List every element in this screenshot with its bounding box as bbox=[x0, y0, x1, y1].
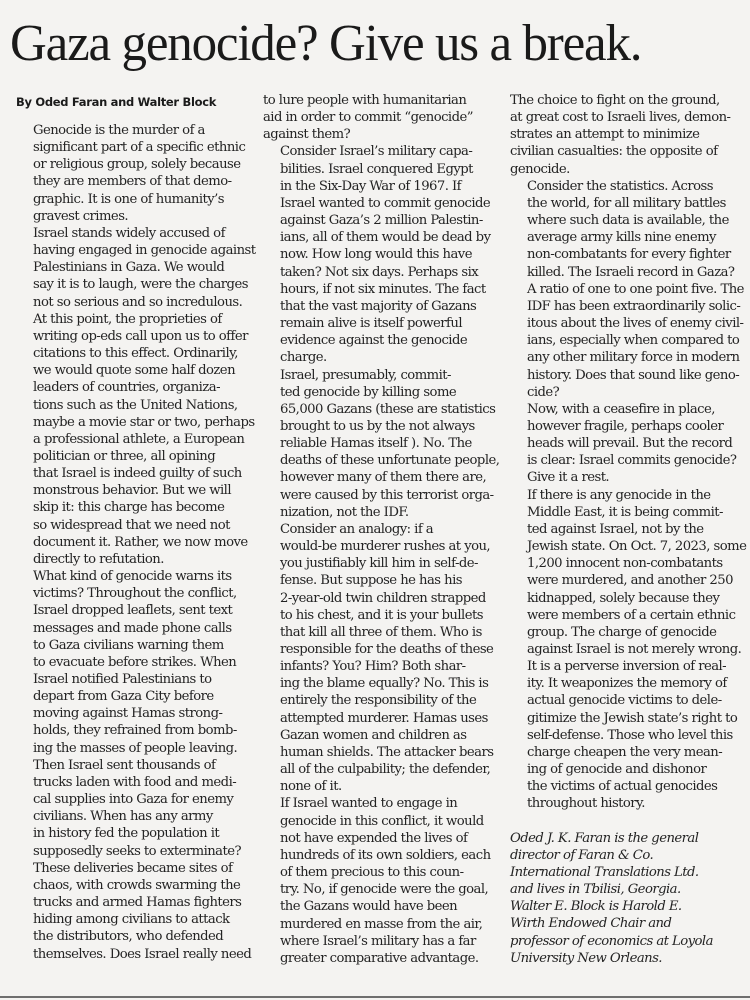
text-line: remain alive is itself powerful bbox=[263, 315, 503, 332]
bio-line: Walter E. Block is Harold E. bbox=[510, 898, 748, 915]
text-line: they are members of that demo- bbox=[16, 173, 256, 190]
text-line: The choice to fight on the ground, bbox=[510, 92, 748, 109]
text-line: ted against Israel, not by the bbox=[510, 521, 748, 538]
text-line: that the vast majority of Gazans bbox=[263, 298, 503, 315]
text-line: not have expended the lives of bbox=[263, 830, 503, 847]
text-line: at great cost to Israeli lives, demon- bbox=[510, 109, 748, 126]
text-line: genocide in this conflict, it would bbox=[263, 813, 503, 830]
text-line: If Israel wanted to engage in bbox=[263, 795, 503, 812]
text-line: Then Israel sent thousands of bbox=[16, 757, 256, 774]
text-line: kidnapped, solely because they bbox=[510, 590, 748, 607]
text-line: citations to this effect. Ordinarily, bbox=[16, 345, 256, 362]
text-line: charge. bbox=[263, 349, 503, 366]
paragraph: Consider Israel’s military capa-bilities… bbox=[263, 143, 503, 366]
text-line: say it is to laugh, were the charges bbox=[16, 276, 256, 293]
bio-line: International Translations Ltd. bbox=[510, 864, 748, 881]
text-line: the distributors, who defended bbox=[16, 928, 256, 945]
text-line: to his chest, and it is your bullets bbox=[263, 607, 503, 624]
text-line: directly to refutation. bbox=[16, 551, 256, 568]
bio-line: and lives in Tbilisi, Georgia. bbox=[510, 881, 748, 898]
text-line: IDF has been extraordinarily solic- bbox=[510, 298, 748, 315]
text-line: murdered en masse from the air, bbox=[263, 916, 503, 933]
text-line: tions such as the United Nations, bbox=[16, 397, 256, 414]
text-line: try. No, if genocide were the goal, bbox=[263, 881, 503, 898]
text-line: 65,000 Gazans (these are statistics bbox=[263, 401, 503, 418]
text-line: ity. It weaponizes the memory of bbox=[510, 675, 748, 692]
text-line: deaths of these unfortunate people, bbox=[263, 452, 503, 469]
text-line: taken? Not six days. Perhaps six bbox=[263, 264, 503, 281]
column-2-paragraphs: to lure people with humanitarianaid in o… bbox=[263, 92, 503, 967]
text-line: gravest crimes. bbox=[16, 208, 256, 225]
text-line: cide? bbox=[510, 384, 748, 401]
text-line: civilian casualties: the opposite of bbox=[510, 143, 748, 160]
text-line: politician or three, all opining bbox=[16, 448, 256, 465]
paragraph: The choice to fight on the ground,at gre… bbox=[510, 92, 748, 178]
text-line: Give it a rest. bbox=[510, 469, 748, 486]
text-line: Now, with a ceasefire in place, bbox=[510, 401, 748, 418]
text-line: civilians. When has any army bbox=[16, 808, 256, 825]
text-line: themselves. Does Israel really need bbox=[16, 946, 256, 963]
bio-line: Wirth Endowed Chair and bbox=[510, 915, 748, 932]
article-body: By Oded Faran and Walter Block Genocide … bbox=[16, 92, 738, 972]
text-line: Genocide is the murder of a bbox=[16, 122, 256, 139]
text-line: now. How long would this have bbox=[263, 246, 503, 263]
paragraph: Consider an analogy: if awould-be murder… bbox=[263, 521, 503, 796]
text-line: Consider the statistics. Across bbox=[510, 178, 748, 195]
text-line: having engaged in genocide against bbox=[16, 242, 256, 259]
text-line: Israel dropped leaflets, sent text bbox=[16, 602, 256, 619]
column-3: The choice to fight on the ground,at gre… bbox=[510, 92, 748, 972]
paragraph: If there is any genocide in theMiddle Ea… bbox=[510, 487, 748, 813]
text-line: document it. Rather, we now move bbox=[16, 534, 256, 551]
text-line: a professional athlete, a European bbox=[16, 431, 256, 448]
text-line: trucks and armed Hamas fighters bbox=[16, 894, 256, 911]
text-line: skip it: this charge has become bbox=[16, 499, 256, 516]
text-line: graphic. It is one of humanity’s bbox=[16, 191, 256, 208]
text-line: none of it. bbox=[263, 778, 503, 795]
text-line: were members of a certain ethnic bbox=[510, 607, 748, 624]
text-line: were caused by this terrorist orga- bbox=[263, 487, 503, 504]
paragraph: Consider the statistics. Acrossthe world… bbox=[510, 178, 748, 401]
text-line: At this point, the proprieties of bbox=[16, 311, 256, 328]
paragraph: Now, with a ceasefire in place,however f… bbox=[510, 401, 748, 487]
paragraph: At this point, the proprieties ofwriting… bbox=[16, 311, 256, 568]
text-line: in the Six-Day War of 1967. If bbox=[263, 178, 503, 195]
text-line: If there is any genocide in the bbox=[510, 487, 748, 504]
text-line: gitimize the Jewish state’s right to bbox=[510, 710, 748, 727]
text-line: evidence against the genocide bbox=[263, 332, 503, 349]
text-line: depart from Gaza City before bbox=[16, 688, 256, 705]
text-line: against Gaza’s 2 million Palestin- bbox=[263, 212, 503, 229]
text-line: What kind of genocide warns its bbox=[16, 568, 256, 585]
paragraph: to lure people with humanitarianaid in o… bbox=[263, 92, 503, 143]
bio-line: Oded J. K. Faran is the general bbox=[510, 830, 748, 847]
text-line: maybe a movie star or two, perhaps bbox=[16, 414, 256, 431]
text-line: group. The charge of genocide bbox=[510, 624, 748, 641]
text-line: not so serious and so incredulous. bbox=[16, 294, 256, 311]
text-line: strates an attempt to minimize bbox=[510, 126, 748, 143]
column-3-paragraphs: The choice to fight on the ground,at gre… bbox=[510, 92, 748, 813]
text-line: ians, especially when compared to bbox=[510, 332, 748, 349]
text-line: Palestinians in Gaza. We would bbox=[16, 259, 256, 276]
text-line: to evacuate before strikes. When bbox=[16, 654, 256, 671]
text-line: significant part of a specific ethnic bbox=[16, 139, 256, 156]
text-line: Jewish state. On Oct. 7, 2023, some bbox=[510, 538, 748, 555]
bio-line: professor of economics at Loyola bbox=[510, 933, 748, 950]
text-line: against Israel is not merely wrong. bbox=[510, 641, 748, 658]
text-line: charge cheapen the very mean- bbox=[510, 744, 748, 761]
text-line: non-combatants for every fighter bbox=[510, 246, 748, 263]
column-1-paragraphs: Genocide is the murder of asignificant p… bbox=[16, 122, 256, 963]
text-line: moving against Hamas strong- bbox=[16, 705, 256, 722]
text-line: chaos, with crowds swarming the bbox=[16, 877, 256, 894]
text-line: genocide. bbox=[510, 161, 748, 178]
text-line: ing the masses of people leaving. bbox=[16, 740, 256, 757]
text-line: ing the blame equally? No. This is bbox=[263, 675, 503, 692]
paragraph: Genocide is the murder of asignificant p… bbox=[16, 122, 256, 225]
text-line: against them? bbox=[263, 126, 503, 143]
text-line: is clear: Israel commits genocide? bbox=[510, 452, 748, 469]
text-line: Middle East, it is being commit- bbox=[510, 504, 748, 521]
text-line: A ratio of one to one point five. The bbox=[510, 281, 748, 298]
text-line: heads will prevail. But the record bbox=[510, 435, 748, 452]
text-line: the victims of actual genocides bbox=[510, 778, 748, 795]
text-line: hiding among civilians to attack bbox=[16, 911, 256, 928]
byline: By Oded Faran and Walter Block bbox=[16, 94, 256, 111]
bio-line: director of Faran & Co. bbox=[510, 847, 748, 864]
text-line: you justifiably kill him in self-de- bbox=[263, 555, 503, 572]
text-line: holds, they refrained from bomb- bbox=[16, 722, 256, 739]
text-line: 1,200 innocent non-combatants bbox=[510, 555, 748, 572]
text-line: human shields. The attacker bears bbox=[263, 744, 503, 761]
text-line: where Israel’s military has a far bbox=[263, 933, 503, 950]
text-line: leaders of countries, organiza- bbox=[16, 379, 256, 396]
text-line: ing of genocide and dishonor bbox=[510, 761, 748, 778]
text-line: in history fed the population it bbox=[16, 825, 256, 842]
column-2: to lure people with humanitarianaid in o… bbox=[263, 92, 503, 972]
headline: Gaza genocide? Give us a break. bbox=[10, 12, 731, 76]
text-line: ted genocide by killing some bbox=[263, 384, 503, 401]
text-line: however many of them there are, bbox=[263, 469, 503, 486]
text-line: any other military force in modern bbox=[510, 349, 748, 366]
text-line: attempted murderer. Hamas uses bbox=[263, 710, 503, 727]
text-line: were murdered, and another 250 bbox=[510, 572, 748, 589]
paragraph: If Israel wanted to engage ingenocide in… bbox=[263, 795, 503, 967]
text-line: nization, not the IDF. bbox=[263, 504, 503, 521]
text-line: self-defense. Those who level this bbox=[510, 727, 748, 744]
text-line: average army kills nine enemy bbox=[510, 229, 748, 246]
text-line: where such data is available, the bbox=[510, 212, 748, 229]
text-line: trucks laden with food and medi- bbox=[16, 774, 256, 791]
text-line: killed. The Israeli record in Gaza? bbox=[510, 264, 748, 281]
text-line: cal supplies into Gaza for enemy bbox=[16, 791, 256, 808]
paragraph: Israel stands widely accused ofhaving en… bbox=[16, 225, 256, 311]
text-line: would-be murderer rushes at you, bbox=[263, 538, 503, 555]
text-line: reliable Hamas itself ). No. The bbox=[263, 435, 503, 452]
text-line: Israel, presumably, commit- bbox=[263, 367, 503, 384]
text-line: writing op-eds call upon us to offer bbox=[16, 328, 256, 345]
text-line: the Gazans would have been bbox=[263, 898, 503, 915]
text-line: supposedly seeks to exterminate? bbox=[16, 843, 256, 860]
text-line: fense. But suppose he has his bbox=[263, 572, 503, 589]
text-line: Israel notified Palestinians to bbox=[16, 671, 256, 688]
text-line: so widespread that we need not bbox=[16, 517, 256, 534]
text-line: Consider an analogy: if a bbox=[263, 521, 503, 538]
text-line: history. Does that sound like geno- bbox=[510, 367, 748, 384]
newspaper-page: Gaza genocide? Give us a break. By Oded … bbox=[0, 0, 750, 1000]
text-line: victims? Throughout the conflict, bbox=[16, 585, 256, 602]
text-line: Israel stands widely accused of bbox=[16, 225, 256, 242]
text-line: we would quote some half dozen bbox=[16, 362, 256, 379]
text-line: greater comparative advantage. bbox=[263, 950, 503, 967]
text-line: all of the culpability; the defender, bbox=[263, 761, 503, 778]
text-line: that Israel is indeed guilty of such bbox=[16, 465, 256, 482]
paragraph: Israel, presumably, commit-ted genocide … bbox=[263, 367, 503, 521]
text-line: throughout history. bbox=[510, 795, 748, 812]
text-line: 2-year-old twin children strapped bbox=[263, 590, 503, 607]
text-line: Consider Israel’s military capa- bbox=[263, 143, 503, 160]
text-line: however fragile, perhaps cooler bbox=[510, 418, 748, 435]
text-line: itous about the lives of enemy civil- bbox=[510, 315, 748, 332]
paragraph: What kind of genocide warns itsvictims? … bbox=[16, 568, 256, 963]
text-line: Israel wanted to commit genocide bbox=[263, 195, 503, 212]
text-line: to lure people with humanitarian bbox=[263, 92, 503, 109]
text-line: These deliveries became sites of bbox=[16, 860, 256, 877]
text-line: that kill all three of them. Who is bbox=[263, 624, 503, 641]
text-line: hours, if not six minutes. The fact bbox=[263, 281, 503, 298]
text-line: monstrous behavior. But we will bbox=[16, 482, 256, 499]
text-line: brought to us by the not always bbox=[263, 418, 503, 435]
text-line: Gazan women and children as bbox=[263, 727, 503, 744]
text-line: or religious group, solely because bbox=[16, 156, 256, 173]
text-line: to Gaza civilians warning them bbox=[16, 637, 256, 654]
text-line: aid in order to commit “genocide” bbox=[263, 109, 503, 126]
text-line: entirely the responsibility of the bbox=[263, 692, 503, 709]
bio-line: University New Orleans. bbox=[510, 950, 748, 967]
text-line: infants? You? Him? Both shar- bbox=[263, 658, 503, 675]
text-line: It is a perverse inversion of real- bbox=[510, 658, 748, 675]
text-line: the world, for all military battles bbox=[510, 195, 748, 212]
text-line: hundreds of its own soldiers, each bbox=[263, 847, 503, 864]
text-line: ians, all of them would be dead by bbox=[263, 229, 503, 246]
text-line: responsible for the deaths of these bbox=[263, 641, 503, 658]
text-line: bilities. Israel conquered Egypt bbox=[263, 161, 503, 178]
author-bio: Oded J. K. Faran is the generaldirector … bbox=[510, 830, 748, 967]
text-line: messages and made phone calls bbox=[16, 620, 256, 637]
text-line: of them precious to this coun- bbox=[263, 864, 503, 881]
bottom-rule-divider bbox=[0, 996, 750, 998]
text-line: actual genocide victims to dele- bbox=[510, 692, 748, 709]
column-1: By Oded Faran and Walter Block Genocide … bbox=[16, 92, 256, 972]
